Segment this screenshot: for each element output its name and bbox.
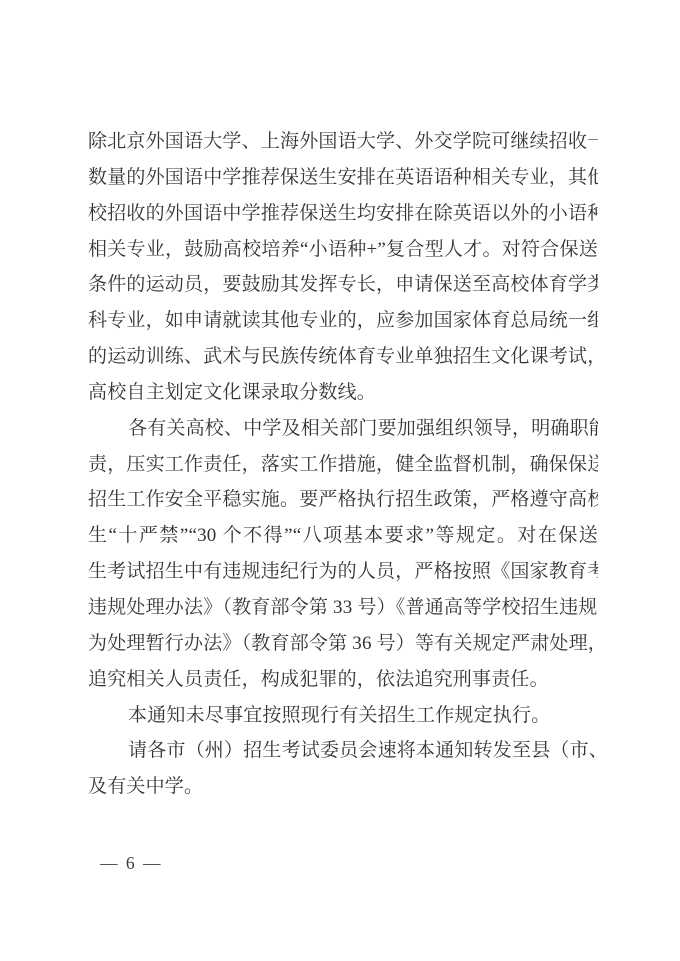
document-body: 除北京外国语大学、上海外国语大学、外交学院可继续招收一定 数量的外国语中学推荐保… (88, 124, 598, 805)
text-line: 数量的外国语中学推荐保送生安排在英语语种相关专业，其他高 (88, 160, 598, 196)
document-page: 除北京外国语大学、上海外国语大学、外交学院可继续招收一定 数量的外国语中学推荐保… (0, 0, 680, 961)
text-line: 招生工作安全平稳实施。要严格执行招生政策，严格遵守高校招 (88, 482, 598, 518)
text-line: 本通知未尽事宜按照现行有关招生工作规定执行。 (88, 698, 598, 734)
text-line: 科专业，如申请就读其他专业的，应参加国家体育总局统一组织 (88, 303, 598, 339)
text-line: 除北京外国语大学、上海外国语大学、外交学院可继续招收一定 (88, 124, 598, 160)
text-line: 追究相关人员责任，构成犯罪的，依法追究刑事责任。 (88, 662, 598, 698)
text-line: 条件的运动员，要鼓励其发挥专长，申请保送至高校体育学类本 (88, 267, 598, 303)
text-line: 违规处理办法》（教育部令第 33 号）《普通高等学校招生违规行 (88, 590, 598, 626)
paragraph-4: 请各市（州）招生考试委员会速将本通知转发至县（市、区） 及有关中学。 (88, 733, 598, 805)
text-line: 校招收的外国语中学推荐保送生均安排在除英语以外的小语种 (88, 196, 598, 232)
text-line: 高校自主划定文化课录取分数线。 (88, 375, 598, 411)
text-line: 责，压实工作责任，落实工作措施，健全监督机制，确保保送生 (88, 447, 598, 483)
paragraph-3: 本通知未尽事宜按照现行有关招生工作规定执行。 (88, 698, 598, 734)
text-line: 生“十严禁”“30 个不得”“八项基本要求”等规定。对在保送 (88, 518, 598, 554)
text-line: 的运动训练、武术与民族传统体育专业单独招生文化课考试，由 (88, 339, 598, 375)
text-line: 相关专业，鼓励高校培养“小语种+”复合型人才。对符合保送 (88, 232, 598, 268)
text-line: 及有关中学。 (88, 769, 598, 805)
paragraph-1: 除北京外国语大学、上海外国语大学、外交学院可继续招收一定 数量的外国语中学推荐保… (88, 124, 598, 411)
page-number: — 6 — (100, 853, 163, 874)
text-line: 请各市（州）招生考试委员会速将本通知转发至县（市、区） (88, 733, 598, 769)
text-line: 为处理暂行办法》（教育部令第 36 号）等有关规定严肃处理，并 (88, 626, 598, 662)
paragraph-2: 各有关高校、中学及相关部门要加强组织领导，明确职能职 责，压实工作责任，落实工作… (88, 411, 598, 698)
text-line: 各有关高校、中学及相关部门要加强组织领导，明确职能职 (88, 411, 598, 447)
text-line: 生考试招生中有违规违纪行为的人员，严格按照《国家教育考试 (88, 554, 598, 590)
